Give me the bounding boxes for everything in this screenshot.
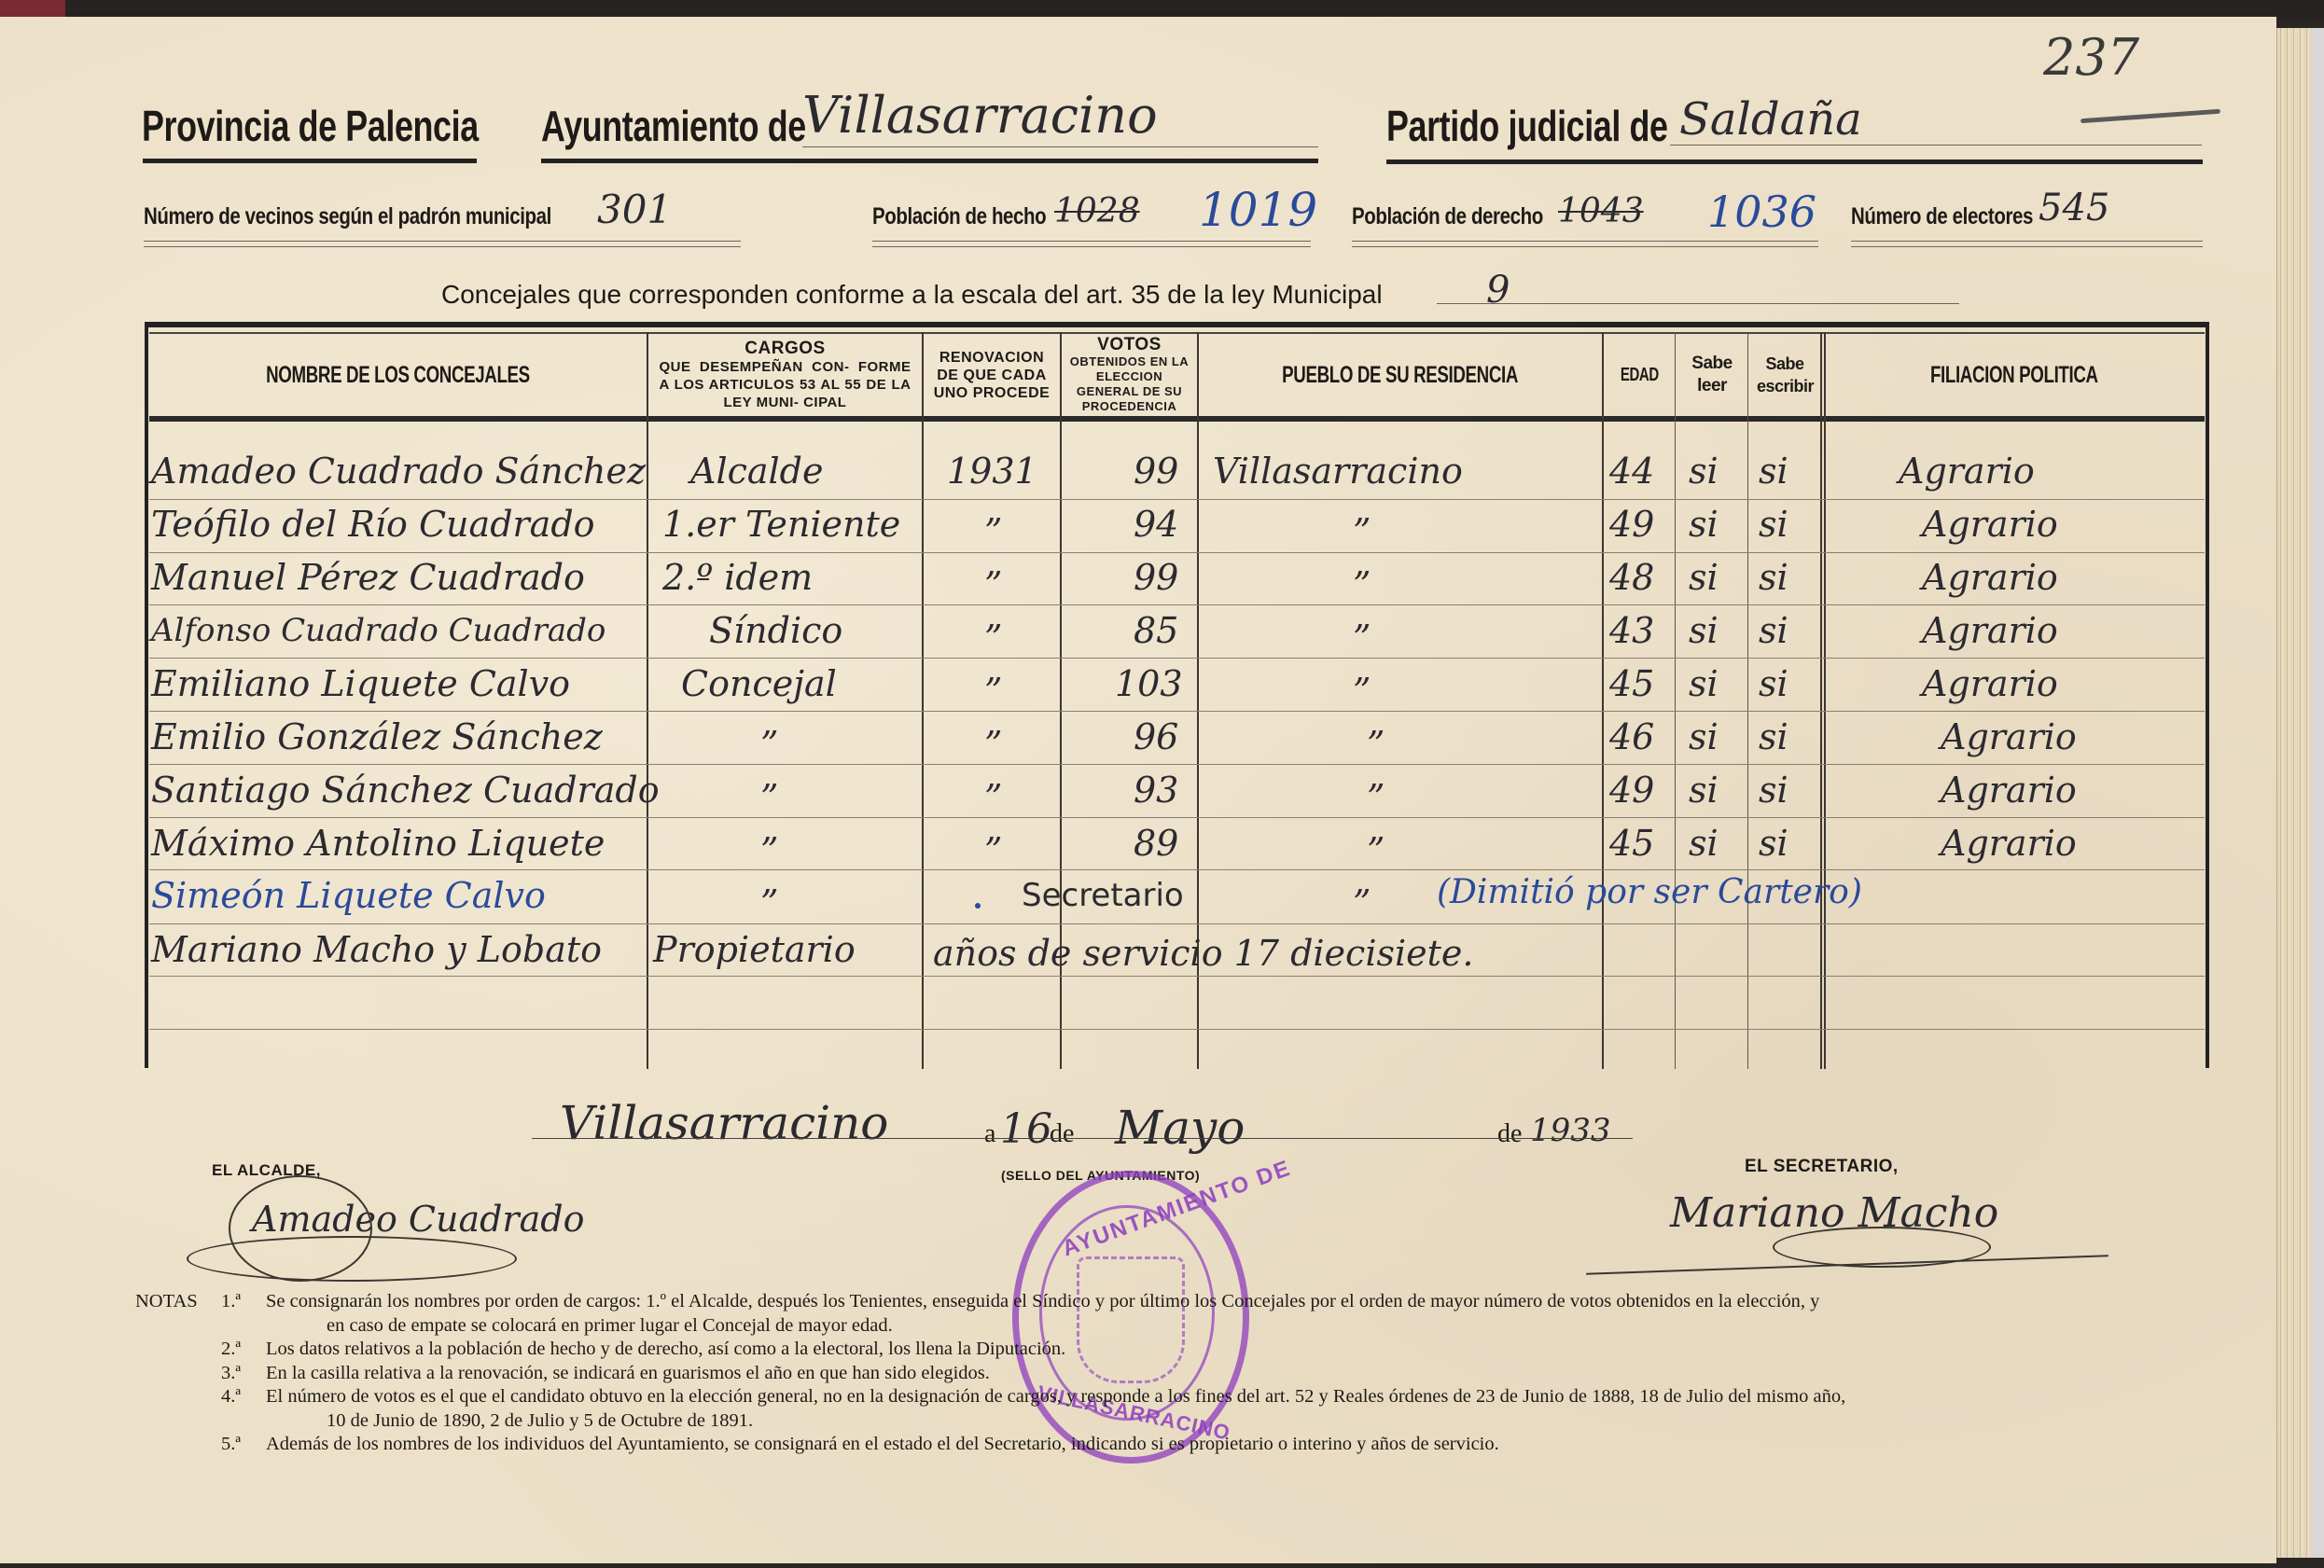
cell-pueblo: ” — [1367, 830, 1385, 871]
header-edad: EDAD — [1604, 334, 1675, 416]
cell-votos: 99 — [1134, 451, 1178, 492]
blue-dot-mark — [975, 903, 981, 909]
page-number: 237 — [2043, 28, 2139, 87]
cell-secretario-label: Secretario — [1022, 875, 1184, 916]
date-month: Mayo — [1115, 1101, 1245, 1155]
cell-pueblo: Villasarracino — [1213, 451, 1463, 492]
date-place: Villasarracino — [560, 1096, 888, 1150]
cell-pueblo: ” — [1367, 724, 1385, 765]
cell-leer: si — [1689, 770, 1719, 811]
cell-leer: si — [1689, 716, 1719, 757]
notes-section: NOTAS 1.ª Se consignarán los nombres por… — [135, 1290, 2225, 1457]
cell-cargo: 1.er Teniente — [662, 504, 900, 545]
cell-leer: si — [1689, 610, 1719, 651]
header-renovacion: RENOVACION DE QUE CADA UNO PROCEDE — [924, 334, 1060, 416]
cell-filiacion: Agrario — [1941, 716, 2077, 757]
cell-filiacion: Agrario — [1941, 770, 2077, 811]
cell-edad: 44 — [1609, 451, 1654, 492]
concejales-value: 9 — [1486, 269, 1510, 312]
cell-filiacion: Agrario — [1899, 451, 2035, 492]
cell-nombre: Manuel Pérez Cuadrado — [151, 557, 585, 598]
concejales-label: Concejales que corresponden conforme a l… — [441, 280, 1383, 310]
cell-renovacion: ” — [984, 564, 1002, 605]
poblacion-derecho-value: 1036 — [1707, 187, 1816, 237]
cell-cargo: ” — [760, 830, 778, 871]
partido-label: Partido judicial de — [1386, 101, 1668, 151]
cell-cargo: 2.º idem — [662, 557, 813, 598]
poblacion-hecho-value: 1019 — [1199, 183, 1317, 237]
cell-note: (Dimitió por ser Cartero) — [1437, 872, 1862, 913]
cell-edad: 49 — [1609, 504, 1654, 545]
cell-nombre: Emiliano Liquete Calvo — [151, 663, 570, 704]
cell-leer: si — [1689, 504, 1719, 545]
note-item: 4.ª El número de votos es el que el cand… — [135, 1385, 2225, 1409]
ayuntamiento-value: Villasarracino — [802, 86, 1158, 145]
signature-flourish — [187, 1236, 517, 1282]
poblacion-hecho-struck: 1028 — [1054, 192, 1140, 230]
poblacion-hecho-label: Población de hecho — [872, 203, 1046, 230]
cell-renovacion: ” — [984, 724, 1002, 765]
cell-filiacion: Agrario — [1922, 557, 2058, 598]
cell-leer: si — [1689, 451, 1719, 492]
cell-nombre: Alfonso Cuadrado Cuadrado — [151, 610, 605, 651]
header-votos: VOTOS OBTENIDOS EN LA ELECCION GENERAL D… — [1062, 334, 1197, 416]
cell-edad: 45 — [1609, 823, 1654, 864]
partido-value: Saldaña — [1679, 93, 1862, 146]
cell-pueblo: ” — [1353, 882, 1371, 923]
poblacion-derecho-struck: 1043 — [1558, 192, 1644, 230]
cell-votos: 94 — [1134, 504, 1178, 545]
cell-cargo: ” — [760, 724, 778, 765]
cell-votos: 96 — [1134, 716, 1178, 757]
date-de1: de — [1050, 1119, 1074, 1149]
header-pueblo: PUEBLO DE SU RESIDENCIA — [1199, 334, 1602, 416]
cell-votos: 89 — [1134, 823, 1178, 864]
provincia-label: Provincia de Palencia — [142, 101, 479, 151]
header-sabe-escribir: Sabe escribir — [1749, 334, 1820, 416]
cell-escribir: si — [1759, 823, 1788, 864]
cell-votos: 99 — [1134, 557, 1178, 598]
cell-nombre: Máximo Antolino Liquete — [151, 823, 605, 864]
cell-escribir: si — [1759, 716, 1788, 757]
date-day: 16 — [1000, 1105, 1052, 1153]
cell-secretario-nombre: Mariano Macho y Lobato — [151, 929, 602, 970]
cell-pueblo: ” — [1353, 671, 1371, 712]
vecinos-label: Número de vecinos según el padrón munici… — [144, 203, 551, 230]
note-item: NOTAS 1.ª Se consignarán los nombres por… — [135, 1290, 2225, 1314]
notes-title: NOTAS — [135, 1290, 198, 1314]
poblacion-derecho-label: Población de derecho — [1352, 203, 1543, 230]
cell-edad: 49 — [1609, 770, 1654, 811]
header-cargos: CARGOS QUE DESEMPEÑAN CON- FORME A LOS A… — [648, 334, 922, 416]
cell-escribir: si — [1759, 770, 1788, 811]
cell-cargo: Concejal — [681, 663, 837, 704]
cell-renovacion: ” — [984, 617, 1002, 659]
cell-renovacion: 1931 — [947, 451, 1037, 492]
cell-escribir: si — [1759, 451, 1788, 492]
cell-escribir: si — [1759, 557, 1788, 598]
book-page-edges — [2276, 28, 2324, 1558]
note-item: 2.ª Los datos relativos a la población d… — [135, 1338, 2225, 1362]
vecinos-value: 301 — [597, 187, 672, 232]
cell-pueblo: ” — [1353, 564, 1371, 605]
cell-edad: 45 — [1609, 663, 1654, 704]
cell-nombre: Teófilo del Río Cuadrado — [151, 504, 595, 545]
cell-edad: 43 — [1609, 610, 1654, 651]
cell-edad: 48 — [1609, 557, 1654, 598]
cell-pueblo: ” — [1367, 777, 1385, 818]
cell-nombre: Santiago Sánchez Cuadrado — [151, 770, 660, 811]
cell-votos: 103 — [1115, 663, 1183, 704]
cell-renovacion: ” — [984, 830, 1002, 871]
header-filiacion: FILIACION POLITICA — [1826, 334, 2202, 416]
cell-pueblo: ” — [1353, 511, 1371, 552]
note-item: 3.ª En la casilla relativa a la renovaci… — [135, 1362, 2225, 1386]
electores-value: 545 — [2039, 187, 2109, 229]
cell-edad: 46 — [1609, 716, 1654, 757]
cell-escribir: si — [1759, 504, 1788, 545]
cell-filiacion: Agrario — [1922, 663, 2058, 704]
cell-renovacion: ” — [984, 777, 1002, 818]
scan-top-edge — [0, 0, 2324, 19]
cell-filiacion: Agrario — [1941, 823, 2077, 864]
cell-renovacion: ” — [984, 671, 1002, 712]
cell-escribir: si — [1759, 610, 1788, 651]
cell-votos: 93 — [1134, 770, 1178, 811]
cell-filiacion: Agrario — [1922, 610, 2058, 651]
header-nombre: NOMBRE DE LOS CONCEJALES — [149, 334, 647, 416]
header-sabe-leer: Sabe leer — [1677, 334, 1747, 416]
ayuntamiento-label: Ayuntamiento de — [541, 101, 806, 151]
cell-leer: si — [1689, 823, 1719, 864]
cell-escribir: si — [1759, 663, 1788, 704]
cell-renovacion: ” — [984, 511, 1002, 552]
cell-pueblo: ” — [1353, 617, 1371, 659]
cell-cargo: ” — [760, 882, 778, 923]
cell-secretario-cargo: Propietario — [653, 929, 856, 970]
date-a: a — [984, 1119, 995, 1149]
electores-label: Número de electores — [1851, 203, 2033, 230]
cell-filiacion: Agrario — [1922, 504, 2058, 545]
cell-cargo: Alcalde — [690, 451, 824, 492]
cell-votos: 85 — [1134, 610, 1178, 651]
secretario-label: EL SECRETARIO, — [1745, 1157, 1899, 1177]
cell-cargo: Síndico — [709, 610, 842, 651]
cell-nombre: Emilio González Sánchez — [151, 716, 603, 757]
cell-leer: si — [1689, 557, 1719, 598]
cell-leer: si — [1689, 663, 1719, 704]
cell-cargo: ” — [760, 777, 778, 818]
cell-secretario-note: años de servicio 17 diecisiete. — [933, 933, 1473, 974]
cell-nombre: Simeón Liquete Calvo — [151, 875, 546, 916]
date-de2: de — [1497, 1119, 1522, 1149]
cell-nombre: Amadeo Cuadrado Sánchez — [151, 451, 646, 492]
note-item: 5.ª Además de los nombres de los individ… — [135, 1433, 2225, 1457]
date-year: 1933 — [1530, 1112, 1611, 1149]
